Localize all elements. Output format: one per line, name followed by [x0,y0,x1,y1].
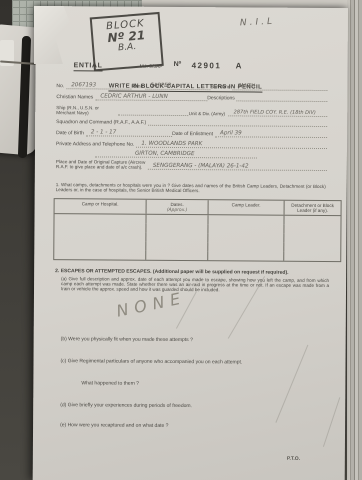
christian-names-value: CEDRIC ARTHUR - LUNN [100,93,167,99]
unit-field: 287th FIELD COY. R.E. (18th DIV) [229,107,328,117]
dob-label: Date of Birth [56,130,86,136]
no-label: No. [56,83,66,89]
header-leader: Camp Leader. [209,200,285,215]
address-field: 1. WOODLANDS PARK [136,139,327,149]
enlistment-value: April 39 [220,130,242,136]
christian-names-label: Christian Names [56,94,95,100]
pencil-stroke [323,397,340,447]
question-2c-followup: What happened to them ? [81,380,139,386]
header-block-leader: Detachment or Block Leader (if any). [285,201,341,216]
dob-value: 2 - 1 - 17 [91,129,116,135]
camp-table-row: FUNATSU Feb 44 to Aug/45 LT. HAMMACK [54,251,340,262]
field-row-unit: Ship (R.N., U.S.N. or Merchant Navy) Uni… [56,102,327,117]
address-value-2: GIRTON, CAMBRIDGE [135,151,195,157]
question-2c: (c) Give Regimental particulars of anyon… [61,358,243,365]
descriptions-label: Descriptions [207,95,237,101]
questionnaire-document: BLOCK Nº 21 B.A. N.I.L ENTIAL M.I. 9/JAP… [33,6,348,480]
header-camp: Camp or Hospital. [55,199,147,214]
squadron-label: Squadron and Command (R.A.F., A.A.F.) [56,119,148,126]
surname-value: SMITH [238,83,256,89]
capture-field: SENGGERANG - (MALAYA) 26-1-42 [148,161,327,171]
descriptions-field [237,92,328,102]
camp-table: Camp or Hospital. Dates. (Approx.) Camp … [53,198,341,262]
enlistment-field: April 39 [215,128,327,138]
series-letter: A [236,61,242,70]
dob-field: 2 - 1 - 17 [86,127,172,137]
nil-annotation: N.I.L [240,17,276,29]
address-value-1: 1. WOODLANDS PARK [141,141,202,147]
serial-number: 42901 [192,61,222,70]
field-row-address-2: GIRTON, CAMBRIDGE [95,149,257,158]
pencil-stroke [275,345,308,423]
squadron-field [148,117,327,127]
capture-label: Place and Date of Original Capture (Airc… [56,159,148,170]
enlistment-label: Date of Enlistment [172,131,215,137]
form-reference: M.I. 9/JAP [140,64,163,70]
paper-stack-edge [347,0,362,480]
christian-names-field: CEDRIC ARTHUR - LUNN [95,91,207,101]
header-dates: Dates. (Approx.) [147,200,209,215]
field-row-names: Christian Names CEDRIC ARTHUR - LUNN Des… [56,92,327,102]
ship-label: Ship (R.N., U.S.N. or Merchant Navy) [56,105,118,115]
address-label: Private Address and Telephone No. [56,141,136,148]
serial-no-sign: Nº [174,61,182,68]
pto-note: P.T.O. [287,456,300,462]
address-field-2: GIRTON, CAMBRIDGE [95,148,257,158]
rank-field: SAPPER [145,81,210,90]
question-2d: (d) Give briefly your experiences during… [60,402,192,409]
question-2b: (b) Were you physically fit when you mad… [61,336,193,343]
ship-field [118,107,188,116]
answer-none: NONE [115,288,188,321]
rank-value: SAPPER [150,83,172,89]
question-1: 1. What camps, detachments or hospitals … [56,182,326,194]
no-value: 2067193 [71,82,96,88]
unit-value: 287th FIELD COY. R.E. (18th DIV) [234,109,316,116]
rank-label: Rank [131,84,145,90]
surname-label: Surname [210,84,232,90]
capture-value: SENGGERANG - (MALAYA) 26-1-42 [153,163,249,170]
unit-label: Unit & Div. (Army) [189,111,229,116]
field-row-dates: Date of Birth 2 - 1 - 17 Date of Enlistm… [56,128,327,138]
field-row-squadron: Squadron and Command (R.A.F., A.A.F.) [56,117,327,127]
header-dates-text: Dates. [170,202,183,207]
header-dates-approx: (Approx.) [167,208,188,213]
no-field: 2067193 [66,80,131,89]
question-2e: (e) How were you recaptured and on what … [60,422,168,429]
field-row-capture: Place and Date of Original Capture (Airc… [56,159,327,179]
surname-field: SMITH [233,81,328,91]
confidential-stamp: ENTIAL [74,62,103,71]
section-2-heading: 2. ESCAPES OR ATTEMPTED ESCAPES. (Additi… [55,268,331,276]
